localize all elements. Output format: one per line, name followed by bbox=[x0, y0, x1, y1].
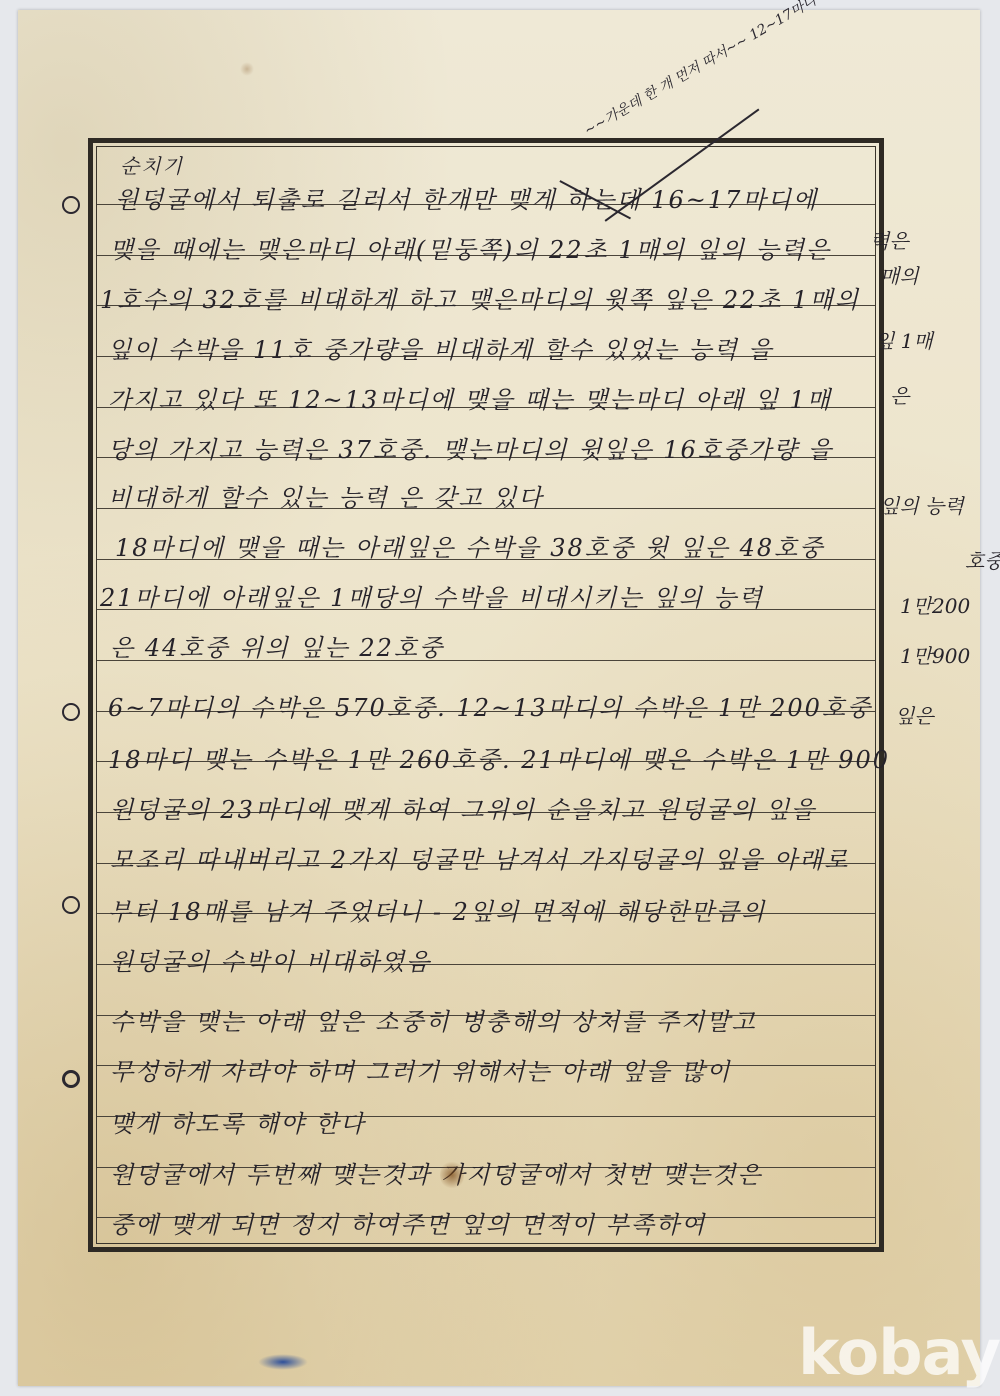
bullet-circle-icon bbox=[62, 703, 80, 721]
margin-note: 잎 1매 bbox=[875, 325, 933, 354]
text-line: 1호수의 32호를 비대하게 하고 맺은마디의 윗쪽 잎은 22초 1매의 bbox=[100, 280, 860, 315]
margin-note: 잎의 능력 bbox=[880, 490, 964, 519]
document-title: 순치기 bbox=[120, 150, 184, 179]
margin-note: 매의 bbox=[880, 260, 919, 289]
text-line: 부터 18매를 남겨 주었더니 - 2잎의 면적에 해당한만큼의 bbox=[108, 892, 766, 927]
text-line: 원덩굴에서 두번째 맺는것과 가지덩굴에서 첫번 맺는것은 bbox=[110, 1155, 763, 1190]
stain bbox=[240, 62, 254, 76]
margin-note: 은 bbox=[890, 380, 909, 409]
text-line: 중에 맺게 되면 정지 하여주면 잎의 면적이 부족하여 bbox=[110, 1205, 706, 1240]
text-line: 18마디에 맺을 때는 아래잎은 수박을 38호중 윗 잎은 48호중 bbox=[115, 528, 825, 563]
text-line: 맺을 때에는 맺은마디 아래(밑둥쪽)의 22초 1매의 잎의 능력은 bbox=[110, 230, 831, 265]
text-line: 원덩굴의 23마디에 맺게 하여 그위의 순을치고 원덩굴의 잎을 bbox=[110, 790, 816, 825]
text-line: 무성하게 자라야 하며 그러기 위해서는 아래 잎을 많이 bbox=[110, 1052, 731, 1087]
text-line: 당의 가지고 능력은 37호중. 맺는마디의 윗잎은 16호중가량 을 bbox=[108, 430, 833, 465]
text-line: 가지고 있다 또 12~13마디에 맺을 때는 맺는마디 아래 잎 1매 bbox=[108, 380, 832, 415]
text-line: 잎이 수박을 11호 중가량을 비대하게 할수 있었는 능력 을 bbox=[108, 330, 774, 365]
bullet-circle-icon bbox=[62, 896, 80, 914]
text-line: 수박을 맺는 아래 잎은 소중히 병충해의 상처를 주지말고 bbox=[110, 1002, 757, 1037]
text-line: 원덩굴의 수박이 비대하였음 bbox=[110, 942, 431, 977]
margin-note: 1만200 bbox=[900, 590, 970, 619]
watermark-logo: kobay bbox=[798, 1316, 1000, 1389]
margin-note: 1만900 bbox=[900, 640, 970, 669]
text-line: 맺게 하도록 해야 한다 bbox=[110, 1104, 366, 1139]
text-line: 은 44호중 위의 잎는 22호중 bbox=[110, 628, 444, 663]
text-line: 원덩굴에서 퇴출로 길러서 한개만 맺게 하는데 16~17마디에 bbox=[115, 180, 818, 215]
margin-note: 호중 bbox=[965, 545, 1000, 574]
bullet-double-circle-icon bbox=[62, 1070, 80, 1088]
margin-note: 잎은 bbox=[895, 700, 934, 729]
text-line: 모조리 따내버리고 2가지 덩굴만 남겨서 가지덩굴의 잎을 아래로 bbox=[110, 840, 849, 875]
text-line: 18마디 맺는 수박은 1만 260호중. 21마디에 맺은 수박은 1만 90… bbox=[108, 740, 890, 775]
text-line: 비대하게 할수 있는 능력 은 갖고 있다 bbox=[108, 478, 544, 513]
ink-blot bbox=[258, 1354, 308, 1370]
margin-note: 력은 bbox=[870, 225, 909, 254]
bullet-circle-icon bbox=[62, 196, 80, 214]
stain bbox=[440, 1160, 464, 1190]
text-line: 21마디에 아래잎은 1매당의 수박을 비대시키는 잎의 능력 bbox=[100, 578, 764, 613]
text-line: 6~7마디의 수박은 570호중. 12~13마디의 수박은 1만 200호중 bbox=[108, 688, 872, 723]
